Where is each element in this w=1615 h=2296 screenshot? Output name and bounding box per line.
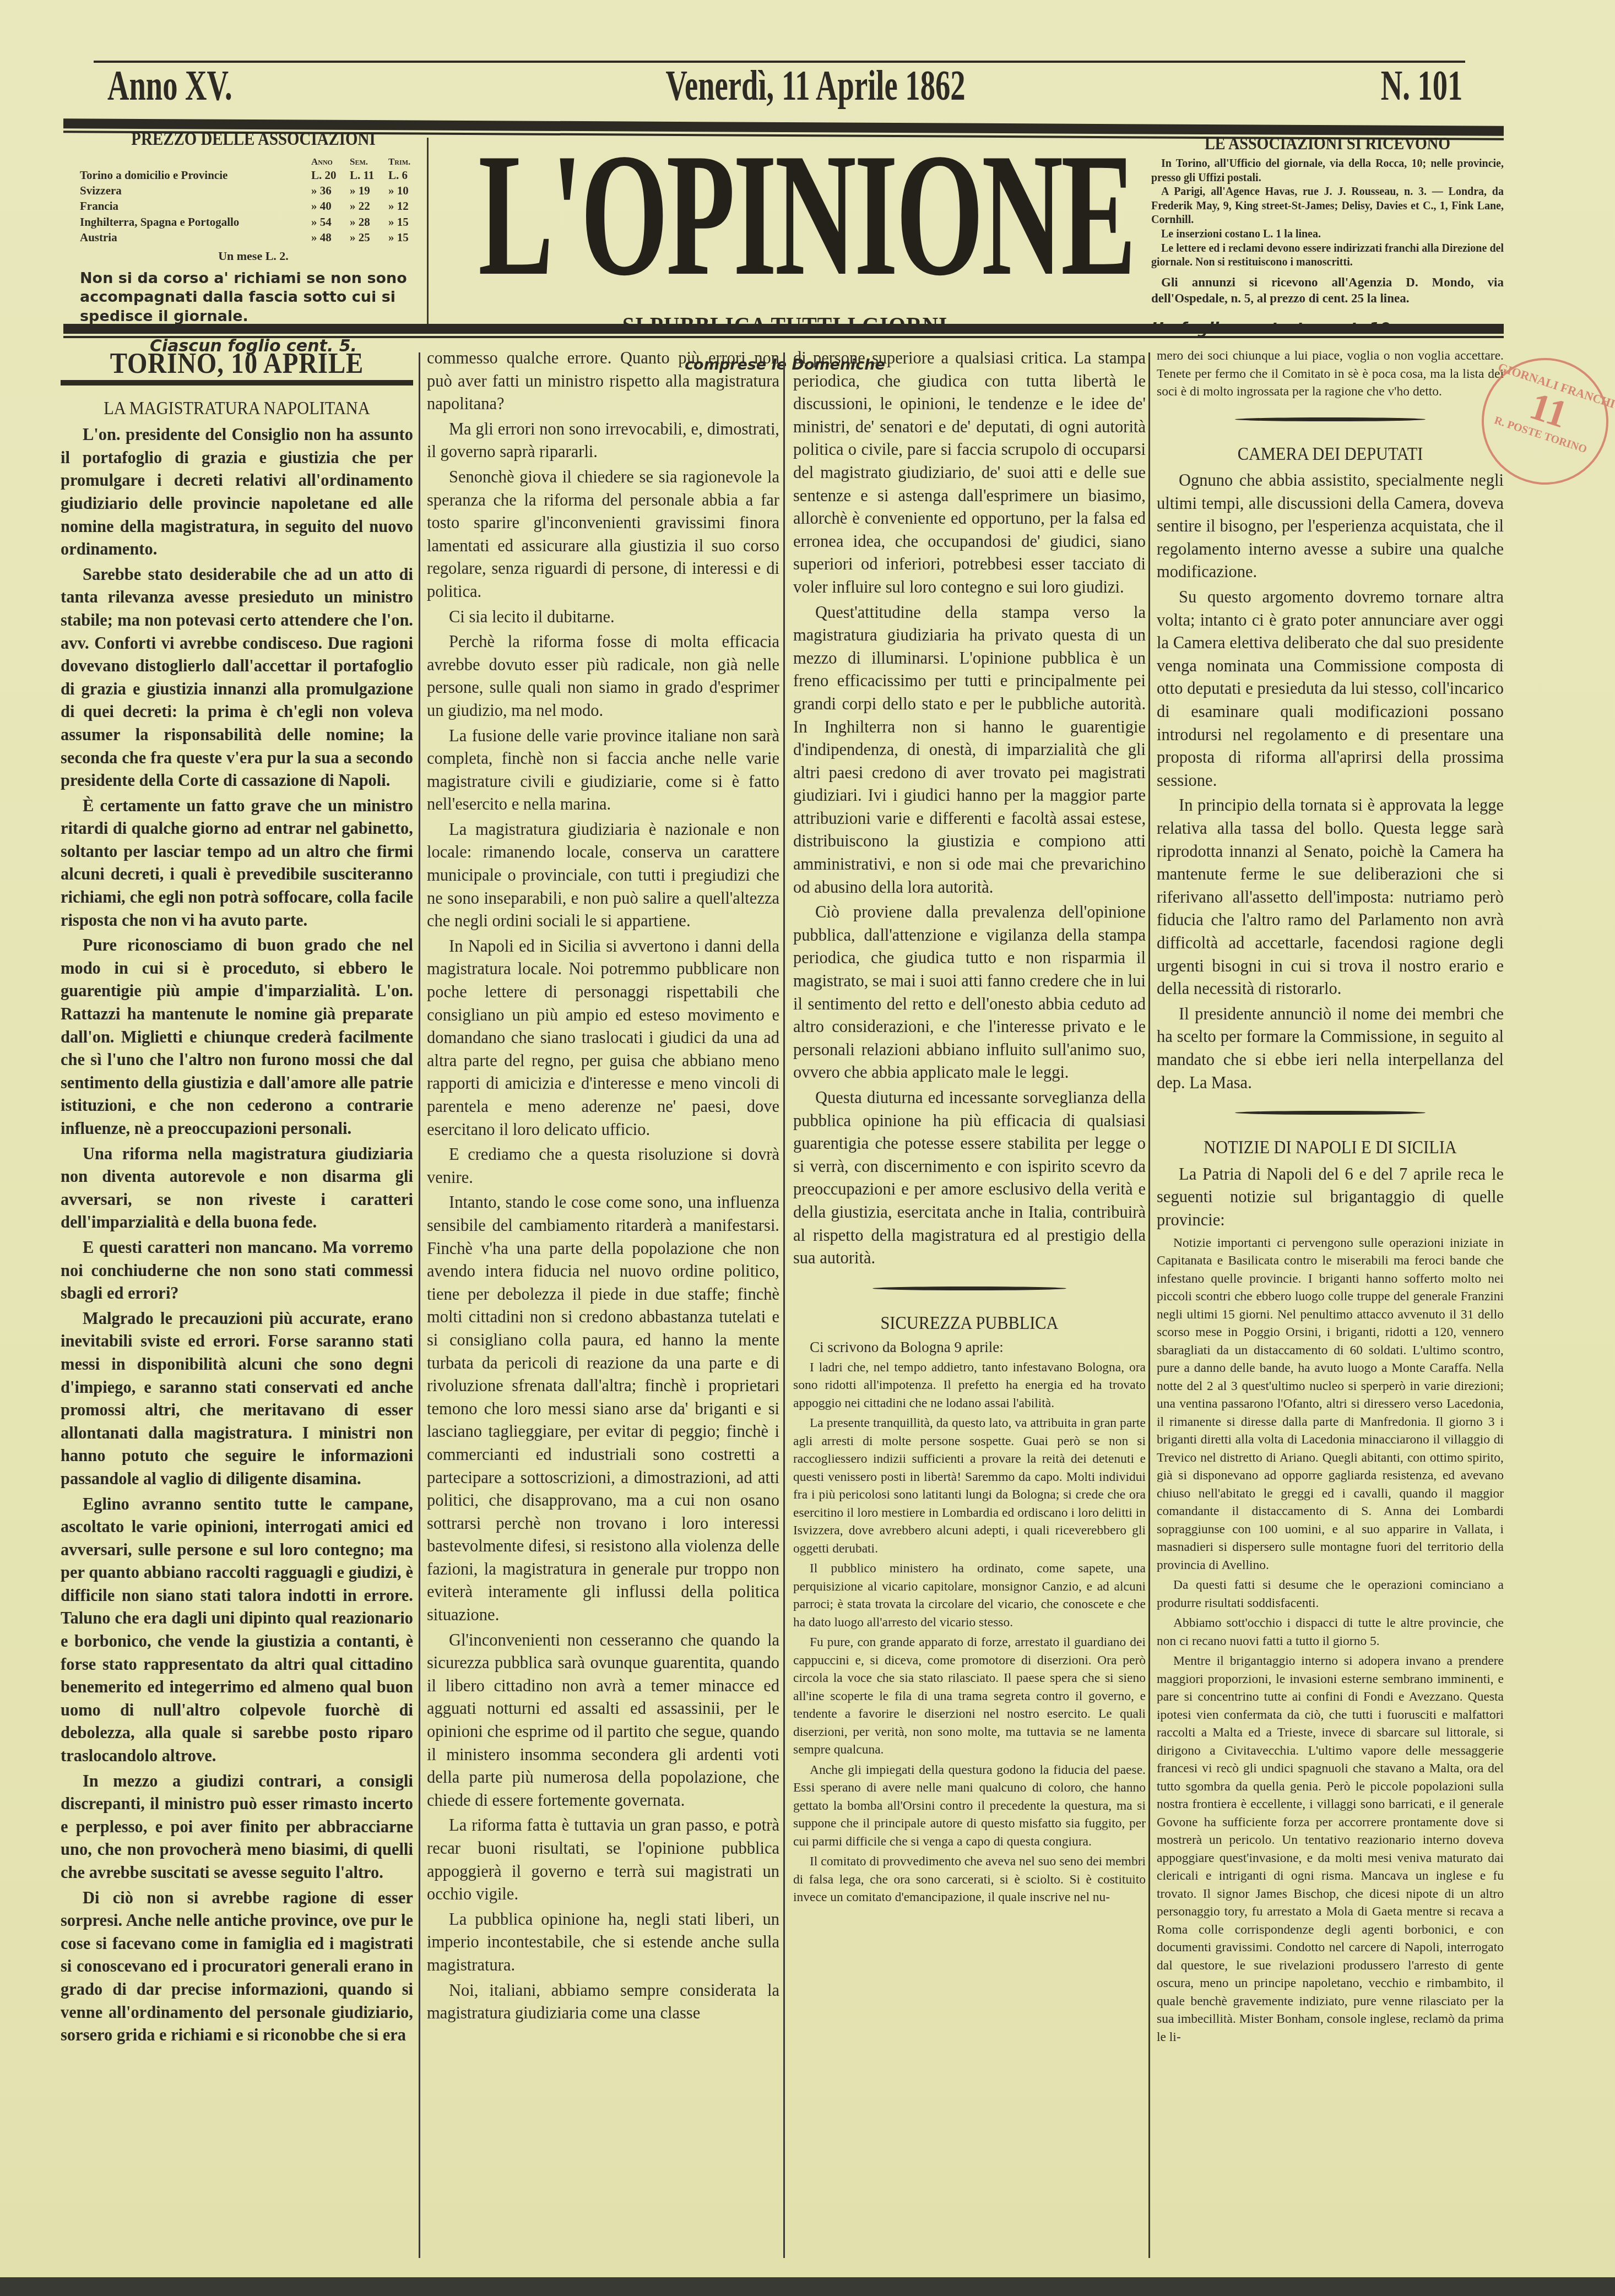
article-paragraph: Malgrado le precauzioni più accurate, er…: [61, 1307, 413, 1491]
article-paragraph: mero dei soci chiunque a lui piace, vogl…: [1157, 347, 1504, 401]
article-paragraph: E crediamo che a questa risoluzione si d…: [427, 1143, 779, 1189]
masthead-rule-thin: [63, 336, 1504, 338]
subscription-prices: PREZZO DELLE ASSOCIAZIONI Anno Sem. Trim…: [80, 128, 427, 357]
dateline-rule: [61, 380, 413, 386]
masthead-rule-thick: [63, 324, 1504, 334]
col-anno: Anno: [311, 156, 350, 167]
article-paragraph: In principio della tornata si è approvat…: [1157, 794, 1504, 1000]
price-row: Inghilterra, Spagna e Portogallo » 54 » …: [80, 214, 427, 230]
section-headline: SICUREZZA PUBBLICA: [807, 1312, 1132, 1336]
section-headline: CAMERA DEI DEPUTATI: [1170, 443, 1490, 466]
article-paragraph: Gl'inconvenienti non cesseranno che quan…: [427, 1629, 779, 1812]
office-line: In Torino, all'Ufficio del giornale, via…: [1151, 157, 1504, 185]
anno-label: Anno XV.: [107, 61, 232, 110]
column-1: TORINO, 10 APRILE LA MAGISTRATURA NAPOLI…: [61, 347, 413, 2049]
monthly-price: Un mese L. 2.: [80, 248, 427, 264]
article-paragraph: Mentre il brigantaggio interno si adoper…: [1157, 1652, 1504, 2046]
continued-text: mero dei soci chiunque a lui piace, vogl…: [1157, 347, 1504, 401]
price-row: Svizzera » 36 » 19 » 10: [80, 183, 427, 198]
claims-notice: Non si da corso a' richiami se non sono …: [80, 269, 427, 327]
price-row: Austria » 48 » 25 » 15: [80, 230, 427, 245]
article-paragraph: Ciò proviene dalla prevalenza dell'opini…: [793, 901, 1146, 1084]
subscription-offices: LE ASSOCIAZIONI SI RICEVONO In Torino, a…: [1151, 132, 1504, 338]
article-paragraph: In Napoli ed in Sicilia si avvertono i d…: [427, 935, 779, 1141]
article-paragraph: Anche gli impiegati della questura godon…: [793, 1761, 1146, 1851]
date-label: Venerdì, 11 Aprile 1862: [666, 61, 966, 110]
article-paragraph: Il presidente annunciò il nome dei membr…: [1157, 1003, 1504, 1094]
price-table: Anno Sem. Trim. Torino a domicilio e Pro…: [80, 156, 427, 246]
article-paragraph: di persone superiore a qualsiasi critica…: [793, 347, 1146, 599]
column-4: mero dei soci chiunque a lui piace, vogl…: [1157, 347, 1504, 2048]
prices-heading: PREZZO DELLE ASSOCIAZIONI: [106, 128, 401, 151]
article-paragraph: Ma gli errori non sono irrevocabili, e, …: [427, 418, 779, 464]
ads-agency: Gli annunzi si ricevono all'Agenzia D. M…: [1151, 274, 1504, 307]
dateline: TORINO, 10 APRILE: [78, 352, 395, 376]
article-paragraph: La pubblica opinione ha, negli stati lib…: [427, 1908, 779, 1977]
section-headline: NOTIZIE DI NAPOLI E DI SICILIA: [1170, 1137, 1490, 1160]
col-trim: Trim.: [388, 156, 427, 167]
office-line: Le lettere ed i reclami devono essere in…: [1151, 242, 1504, 270]
article-paragraph: La magistratura giudiziaria è nazionale …: [427, 818, 779, 933]
section-body: Notizie importanti ci pervengono sulle o…: [1157, 1234, 1504, 2047]
article-paragraph: In mezzo a giudizi contrari, a consigli …: [61, 1770, 413, 1885]
article-paragraph: commesso qualche errore. Quanto più erro…: [427, 347, 779, 416]
article-paragraph: La presente tranquillità, da questo lato…: [793, 1414, 1146, 1557]
article-paragraph: Senonchè giova il chiedere se sia ragion…: [427, 466, 779, 604]
article-paragraph: È certamente un fatto grave che un minis…: [61, 795, 413, 932]
section-divider: [1235, 1111, 1426, 1115]
article-paragraph: I ladri che, nel tempo addietro, tanto i…: [793, 1359, 1146, 1413]
article-paragraph: Il comitato di provvedimento che aveva n…: [793, 1853, 1146, 1907]
newspaper-page: Anno XV. Venerdì, 11 Aprile 1862 N. 101 …: [0, 0, 1615, 2296]
article-paragraph: Noi, italiani, abbiamo sempre considerat…: [427, 1979, 779, 2025]
column-2: commesso qualche errore. Quanto più erro…: [427, 347, 779, 2027]
article-paragraph: La riforma fatta è tuttavia un gran pass…: [427, 1814, 779, 1906]
office-line: Le inserzioni costano L. 1 la linea.: [1151, 227, 1504, 242]
masthead-divider-left: [427, 138, 429, 325]
article-paragraph: Intanto, stando le cose come sono, una i…: [427, 1191, 779, 1626]
article-paragraph: Ognuno che abbia assistito, specialmente…: [1157, 469, 1504, 584]
col-sem: Sem.: [350, 156, 388, 167]
column-divider: [783, 352, 785, 2258]
article-paragraph: Su questo argomento dovremo tornare altr…: [1157, 586, 1504, 792]
article-paragraph: L'on. presidente del Consiglio non ha as…: [61, 424, 413, 561]
article-paragraph: E questi caratteri non mancano. Ma vorre…: [61, 1236, 413, 1305]
article-paragraph: Eglino avranno sentito tutte le campane,…: [61, 1493, 413, 1768]
article-paragraph: La fusione delle varie province italiane…: [427, 725, 779, 816]
office-line: A Parigi, all'Agence Havas, rue J. J. Ro…: [1151, 185, 1504, 227]
article-paragraph: Perchè la riforma fosse di molta efficac…: [427, 631, 779, 722]
article-paragraph: Il pubblico ministero ha ordinato, come …: [793, 1560, 1146, 1631]
section-body: Ci scrivono da Bologna 9 aprile: I ladri…: [793, 1338, 1146, 1907]
section-divider: [872, 1287, 1066, 1290]
column-divider: [419, 352, 420, 2258]
newspaper-title: L'OPINIONE: [478, 127, 1092, 303]
issue-number: N. 101: [1380, 61, 1462, 110]
article-paragraph: Sarebbe stato desiderabile che ad un att…: [61, 563, 413, 793]
article-paragraph: Questa diuturna ed incessante sorveglian…: [793, 1087, 1146, 1270]
article-paragraph: Notizie importanti ci pervengono sulle o…: [1157, 1234, 1504, 1575]
price-row: Torino a domicilio e Provincie L. 20 L. …: [80, 167, 427, 183]
price-row: Francia » 40 » 22 » 12: [80, 198, 427, 214]
article-headline: LA MAGISTRATURA NAPOLITANA: [75, 398, 399, 421]
page-edge: [0, 2277, 1615, 2296]
article-paragraph: Abbiamo sott'occhio i dispacci di tutte …: [1157, 1614, 1504, 1650]
article-paragraph: Fu pure, con grande apparato di forze, a…: [793, 1633, 1146, 1759]
article-paragraph: Una riforma nella magistratura giudiziar…: [61, 1143, 413, 1234]
date-bar: Anno XV. Venerdì, 11 Aprile 1862 N. 101: [107, 55, 1462, 116]
section-lead: La Patria di Napoli del 6 e del 7 aprile…: [1157, 1163, 1504, 1232]
article-paragraph: Quest'attitudine della stampa verso la m…: [793, 601, 1146, 899]
article-paragraph: Da questi fatti si desume che le operazi…: [1157, 1576, 1504, 1612]
section-divider: [1235, 417, 1426, 421]
column-divider: [1148, 352, 1150, 2258]
article-paragraph: Di ciò non si avrebbe ragione di esser s…: [61, 1887, 413, 2047]
article-paragraph: Ci sia lecito il dubitarne.: [427, 606, 779, 629]
offices-heading: LE ASSOCIAZIONI SI RICEVONO: [1172, 132, 1482, 155]
column-3: di persone superiore a qualsiasi critica…: [793, 347, 1146, 1909]
section-lead: Ci scrivono da Bologna 9 aprile:: [793, 1338, 1146, 1356]
article-paragraph: Pure riconosciamo di buon grado che nel …: [61, 934, 413, 1140]
